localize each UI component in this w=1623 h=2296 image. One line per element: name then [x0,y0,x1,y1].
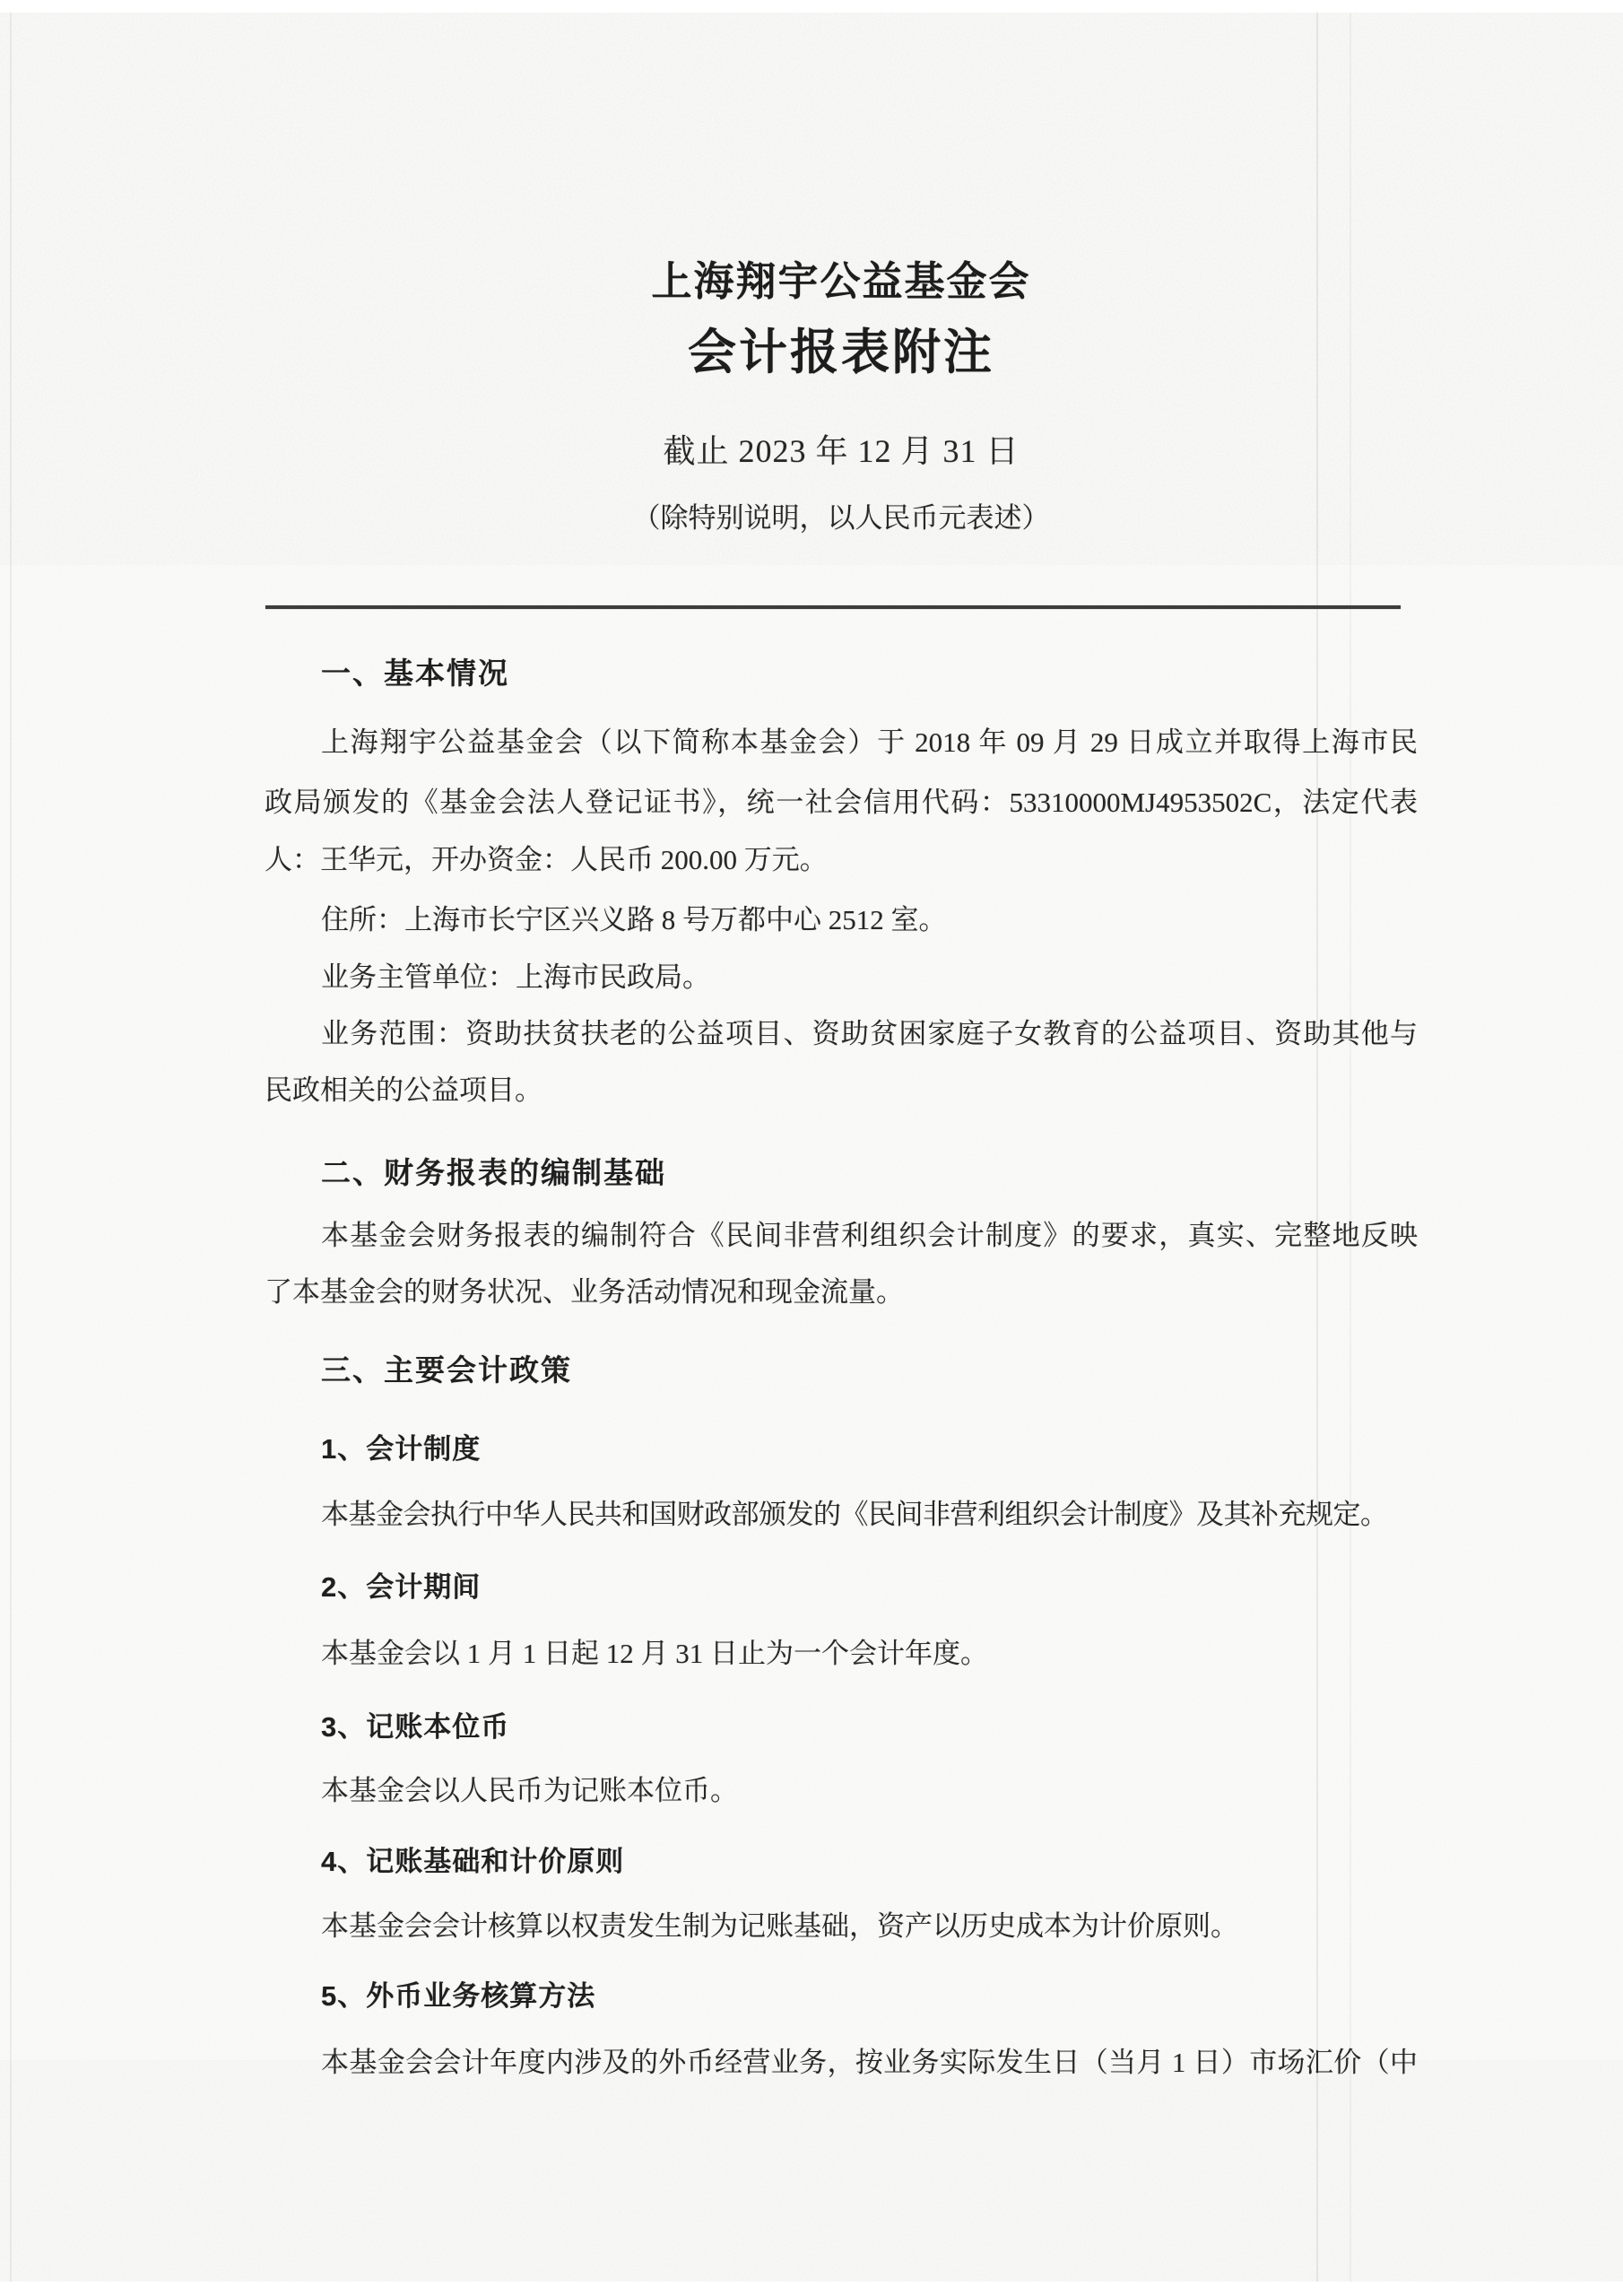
policy-item-5-title: 5、外币业务核算方法 [265,1980,1418,2013]
supervisor-line: 业务主管单位：上海市民政局。 [265,961,1418,995]
para-line: 本基金会执行中华人民共和国财政部颁发的《民间非营利组织会计制度》及其补充规定。 [265,1499,1418,1532]
para-line: 人：王华元，开办资金：人民币 200.00 万元。 [265,844,1418,877]
policy-item-2-title: 2、会计期间 [265,1571,1418,1605]
para-line: 政局颁发的《基金会法人登记证书》，统一社会信用代码：53310000MJ4953… [265,787,1418,820]
section-3-heading: 三、主要会计政策 [265,1353,1418,1388]
currency-note-line: （除特别说明，以人民币元表述） [265,502,1418,535]
report-title: 会计报表附注 [265,325,1418,382]
section-2-heading: 二、财务报表的编制基础 [265,1156,1418,1191]
address-line: 住所：上海市长宁区兴义路 8 号万都中心 2512 室。 [265,904,1418,937]
scanned-document-page: 上海翔宇公益基金会 会计报表附注 截止 2023 年 12 月 31 日 （除特… [0,0,1623,2296]
para-line: 本基金会财务报表的编制符合《民间非营利组织会计制度》的要求，真实、完整地反映 [265,1220,1418,1253]
para-line: 上海翔宇公益基金会（以下简称本基金会）于 2018 年 09 月 29 日成立并… [265,726,1418,760]
scope-line: 民政相关的公益项目。 [265,1074,1418,1108]
para-line: 本基金会会计核算以权责发生制为记账基础，资产以历史成本为计价原则。 [265,1910,1418,1944]
scope-line: 业务范围：资助扶贫扶老的公益项目、资助贫困家庭子女教育的公益项目、资助其他与 [265,1018,1418,1051]
page-edge [0,2282,1623,2296]
policy-item-1-title: 1、会计制度 [265,1433,1418,1466]
section-1-heading: 一、基本情况 [265,657,1418,691]
header-divider [265,605,1401,609]
policy-item-3-title: 3、记账本位币 [265,1711,1418,1744]
org-name-title: 上海翔宇公益基金会 [265,258,1418,306]
scan-artifact-line [10,13,12,2282]
page-edge [0,0,1623,13]
para-line: 本基金会会计年度内涉及的外币经营业务，按业务实际发生日（当月 1 日）市场汇价（… [265,2047,1418,2080]
as-of-date-line: 截止 2023 年 12 月 31 日 [265,432,1418,470]
para-line: 了本基金会的财务状况、业务活动情况和现金流量。 [265,1276,1418,1309]
policy-item-4-title: 4、记账基础和计价原则 [265,1846,1418,1879]
para-line: 本基金会以 1 月 1 日起 12 月 31 日止为一个会计年度。 [265,1638,1418,1671]
para-line: 本基金会以人民币为记账本位币。 [265,1775,1418,1808]
